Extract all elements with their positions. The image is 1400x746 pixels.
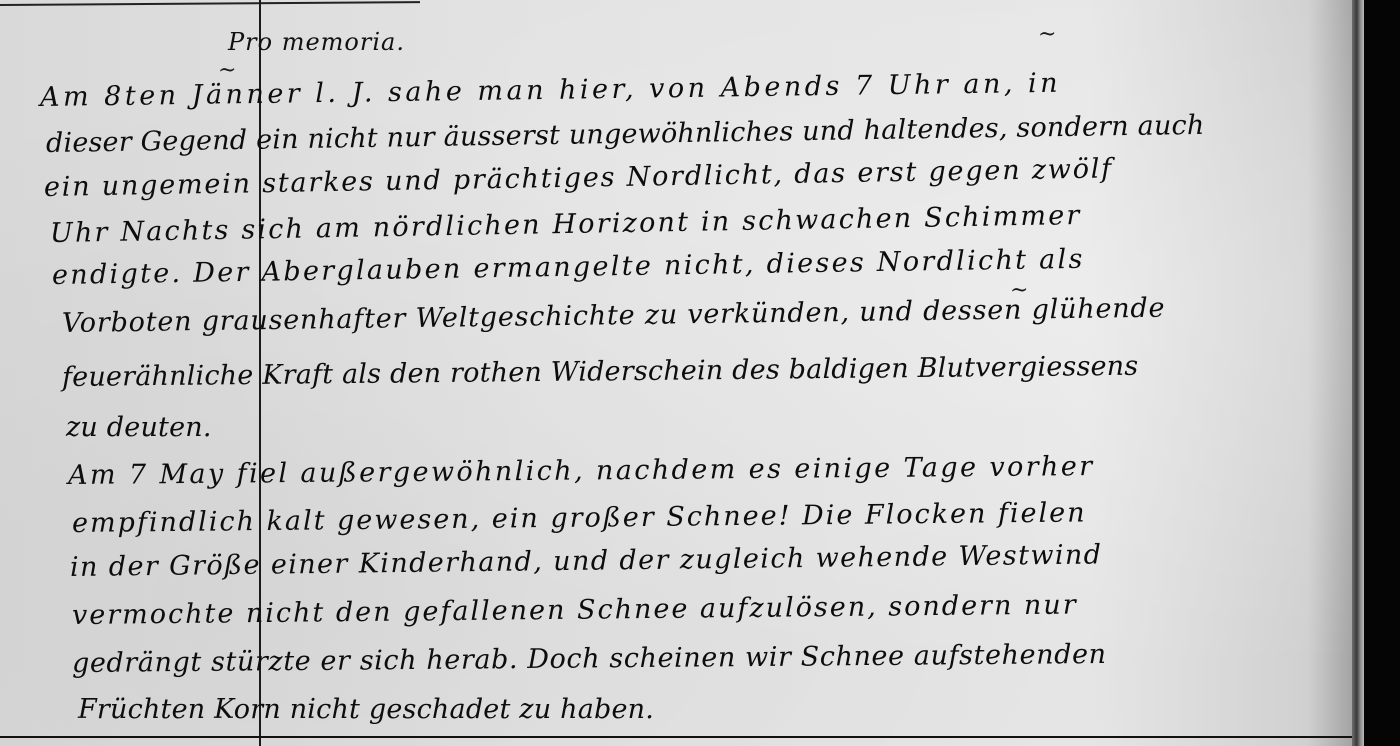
bottom-rule-line [0, 736, 1352, 738]
page-title: Pro memoria. [228, 28, 405, 56]
paragraph-1-line-8: zu deuten. [66, 412, 212, 443]
insertion-mark: ~ [1038, 22, 1056, 47]
paragraph-2-line-1: Am 7 May fiel außergewöhnlich, nachdem e… [68, 451, 1095, 491]
paragraph-2-line-4: vermochte nicht den gefallenen Schnee au… [72, 589, 1078, 631]
insertion-mark: ~ [1010, 278, 1028, 303]
paragraph-1-line-7: feuerähnliche Kraft als den rothen Wider… [62, 351, 1139, 393]
paragraph-1-line-1: Am 8ten Jänner l. J. sahe man hier, von … [40, 68, 1061, 113]
insertion-mark: ~ [218, 58, 236, 83]
paragraph-1-line-4: Uhr Nachts sich am nördlichen Horizont i… [50, 200, 1082, 249]
paragraph-1-line-5: endigte. Der Aberglauben ermangelte nich… [52, 244, 1085, 291]
paragraph-1-line-2: dieser Gegend ein nicht nur äusserst ung… [46, 110, 1205, 159]
paragraph-1-line-6: Vorboten grausenhafter Weltgeschichte zu… [62, 293, 1166, 339]
paragraph-1-line-3: ein ungemein starkes und prächtiges Nord… [44, 153, 1113, 203]
paragraph-2-line-6: Früchten Korn nicht geschadet zu haben. [78, 694, 654, 725]
page-edge [1352, 0, 1364, 746]
book-binding [1364, 0, 1400, 746]
top-rule-line [0, 1, 420, 6]
paragraph-2-line-5: gedrängt stürzte er sich herab. Doch sch… [72, 639, 1107, 679]
manuscript-page: Pro memoria. Am 8ten Jänner l. J. sahe m… [0, 0, 1362, 746]
paragraph-2-line-2: empfindlich kalt gewesen, ein großer Sch… [72, 497, 1087, 539]
paragraph-2-line-3: in der Größe einer Kinderhand, und der z… [70, 539, 1103, 583]
